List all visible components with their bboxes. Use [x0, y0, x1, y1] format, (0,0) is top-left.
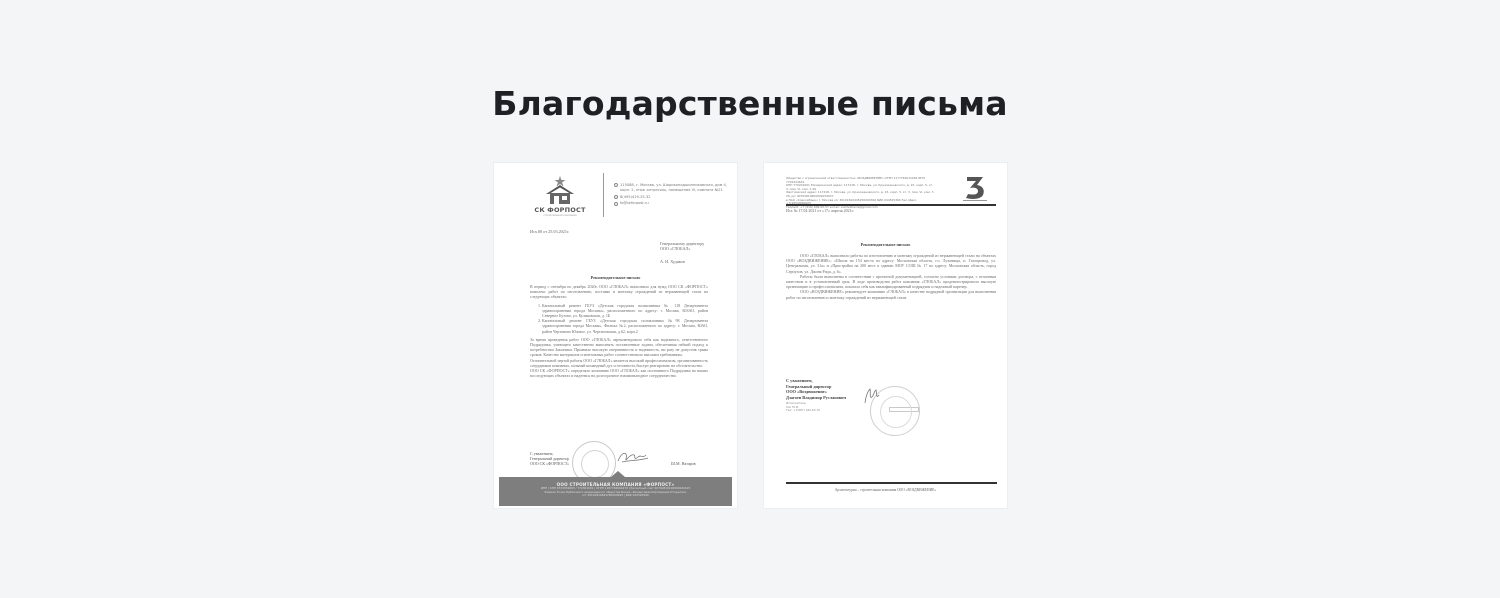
contact-email: fo@skforpost.ru — [614, 201, 732, 206]
letters-gallery: СК ФОРПОСТ строительная компания 115088,… — [0, 163, 1500, 508]
letter-thumbnail-forpost[interactable]: СК ФОРПОСТ строительная компания 115088,… — [494, 163, 737, 508]
letter-footer-band: ООО СТРОИТЕЛЬНАЯ КОМПАНИЯ «ФОРПОСТ» ИНН … — [499, 477, 732, 506]
letter-paragraph: За время проведения работ ООО «ГЛОБАЛ» з… — [530, 337, 708, 358]
letter-paragraph: ООО «ГЛОБАЛ» выполнило работы по изготов… — [786, 253, 996, 274]
letter-intro: В период с сентября по декабрь 2020г. ОО… — [530, 284, 708, 300]
letter-paragraph: Отличительной чертой работы ООО «ГЛОБАЛ»… — [530, 358, 708, 368]
object-item: Капитальный ремонт ГБУЗ «Детская городск… — [542, 303, 708, 319]
forpost-logo-name: СК ФОРПОСТ — [532, 206, 588, 214]
letter-reference: Исх.68 от 25.03.2021г. — [530, 229, 569, 234]
signatory-name: Ш.М. Назаров — [671, 461, 696, 466]
header-rule — [786, 204, 996, 206]
executor-info: Исполнитель: Сас Ю.В. Тел: +7(987) 184-0… — [786, 402, 820, 413]
forpost-logo-subtitle: строительная компания — [532, 214, 588, 217]
location-icon — [614, 183, 618, 187]
letter-body: В период с сентября по декабрь 2020г. ОО… — [530, 284, 708, 381]
letter-title: Рекомендательное письмо — [764, 242, 1007, 247]
sign-block: С уважением, Генеральный директор ООО «В… — [786, 378, 846, 400]
objects-list: Капитальный ремонт ГБУЗ «Детская городск… — [530, 303, 708, 334]
vozdvizhenie-logo-icon — [963, 174, 987, 202]
signature-icon — [616, 449, 650, 465]
addressee: Генеральному директору ООО «ГЛОБАЛ» — [660, 241, 704, 252]
letter-footer-text: Архитектурно – строительная компания ООО… — [764, 488, 1007, 492]
house-star-icon — [543, 175, 577, 205]
letter-thumbnail-vozdvizhenie[interactable]: Общество с ограниченной ответственностью… — [764, 163, 1007, 508]
section-title: Благодарственные письма — [0, 84, 1500, 123]
letter-paragraph: ООО «ВОЗДВИЖЕНИЕ» рекомендует компанию «… — [786, 289, 996, 299]
object-item: Капитальный ремонт ГБУЗ «Детская городск… — [542, 318, 708, 334]
mail-icon — [614, 202, 618, 206]
letter-paragraph: ООО СК «ФОРПОСТ» определяло компанию ООО… — [530, 368, 708, 378]
addressee-name: А. И. Худяков — [660, 259, 685, 264]
phone-icon — [614, 195, 618, 199]
footer-rule — [786, 482, 997, 484]
letter-reference: Исх № 17.04.2021 от «17» апреля 2021г. — [786, 208, 854, 213]
forpost-logo: СК ФОРПОСТ строительная компания — [532, 175, 588, 225]
contact-address: 115088, г. Москва, ул. Шарикоподшипников… — [614, 183, 732, 193]
letter-title: Рекомендательное письмо — [494, 275, 737, 280]
letter-body: ООО «ГЛОБАЛ» выполнило работы по изготов… — [786, 253, 996, 300]
forpost-contacts: 115088, г. Москва, ул. Шарикоподшипников… — [614, 183, 732, 208]
sign-block: С уважением, Генеральный директор ООО СК… — [530, 451, 569, 467]
signature-icon — [862, 385, 882, 407]
contact-phone: 8(495)419-25-32 — [614, 195, 732, 200]
footer-line: к/с 30101810845250000999 | БИК 044525999 — [499, 494, 732, 498]
letter-paragraph: Работы были выполнены в соответствии с п… — [786, 274, 996, 290]
header-divider — [603, 173, 604, 217]
logo-caption — [963, 200, 987, 201]
